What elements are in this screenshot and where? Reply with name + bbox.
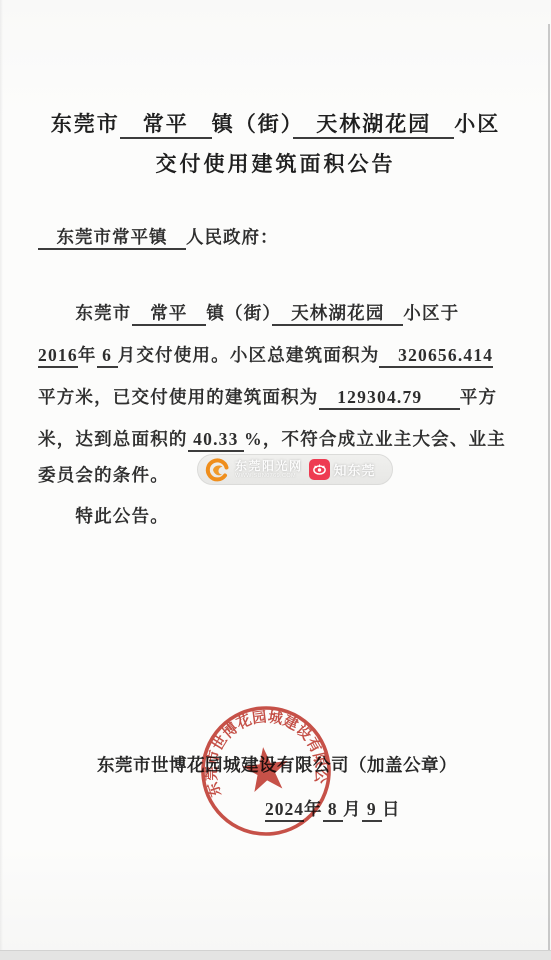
- text-run: 米，达到总面积的: [38, 429, 188, 449]
- body-line-2: 2016年 6 月交付使用。小区总建筑面积为 320656.414: [38, 342, 493, 367]
- eye-icon: [312, 462, 327, 477]
- body-line-5: 委员会的条件。: [38, 462, 169, 487]
- watermark-site-name: 东莞阳光网: [235, 460, 303, 472]
- body-line-3: 平方米，已交付使用的建筑面积为 129304.79 平方: [38, 384, 497, 409]
- text-run: 日: [382, 799, 401, 819]
- text-run: 月交付使用。小区总建筑面积为: [118, 345, 380, 365]
- filled-blank: 天林湖花园: [272, 303, 403, 326]
- text-run: 年: [78, 345, 97, 365]
- filled-blank: 天林湖花园: [293, 112, 454, 139]
- watermark-badge: 东莞阳光网 WWW.SUN0769.COM 知东莞: [197, 454, 393, 485]
- watermark-site-url: WWW.SUN0769.COM: [235, 474, 303, 480]
- filled-blank: 40.33: [188, 429, 245, 452]
- filled-blank: 常平: [120, 112, 212, 139]
- filled-blank: 常平: [132, 303, 207, 326]
- text-run: 小区: [454, 112, 500, 136]
- seal-star-icon: [240, 744, 291, 793]
- page-bottom-edge-shadow: [0, 950, 551, 960]
- watermark-app-name: 知东莞: [334, 460, 376, 479]
- app-icon: [309, 459, 330, 480]
- text-run: 东莞市: [38, 303, 132, 323]
- salutation-line: 东莞市常平镇 人民政府：: [38, 224, 279, 249]
- document-page: 东莞市 常平 镇（街） 天林湖花园 小区 交付使用建筑面积公告 东莞市常平镇 人…: [0, 0, 551, 960]
- text-run: 平方: [460, 387, 497, 407]
- filled-blank: 9: [362, 799, 383, 822]
- title-line-1: 东莞市 常平 镇（街） 天林湖花园 小区: [20, 108, 531, 138]
- page-right-edge-line: [548, 24, 550, 960]
- filled-blank: 320656.414: [379, 345, 493, 368]
- text-run: 人民政府：: [186, 227, 279, 247]
- notice-closing-line: 特此公告。: [38, 503, 169, 528]
- page-left-edge-shadow: [0, 0, 3, 960]
- text-run: 东莞市: [51, 112, 120, 136]
- text-run: 特此公告。: [38, 506, 169, 526]
- text-run: %，不符合成立业主大会、业主: [244, 429, 506, 449]
- filled-blank: 6: [97, 345, 118, 368]
- body-line-4: 米，达到总面积的 40.33 %，不符合成立业主大会、业主: [38, 426, 506, 451]
- text-run: 镇（街）: [212, 112, 294, 136]
- sunshine-logo-icon: [204, 457, 231, 483]
- filled-blank: 2016: [38, 345, 78, 368]
- official-seal: 东莞市世博花园城建设有限公司: [177, 682, 355, 860]
- text-run: 小区于: [403, 303, 459, 323]
- filled-blank: 129304.79: [319, 387, 460, 410]
- title-line-2: 交付使用建筑面积公告: [20, 148, 531, 178]
- body-line-1: 东莞市 常平 镇（街） 天林湖花园 小区于: [38, 300, 459, 325]
- watermark-site-text: 东莞阳光网 WWW.SUN0769.COM: [235, 460, 303, 480]
- text-run: 平方米，已交付使用的建筑面积为: [38, 387, 319, 407]
- text-run: 镇（街）: [206, 303, 272, 323]
- filled-blank: 东莞市常平镇: [38, 227, 186, 250]
- text-run: 委员会的条件。: [38, 465, 169, 485]
